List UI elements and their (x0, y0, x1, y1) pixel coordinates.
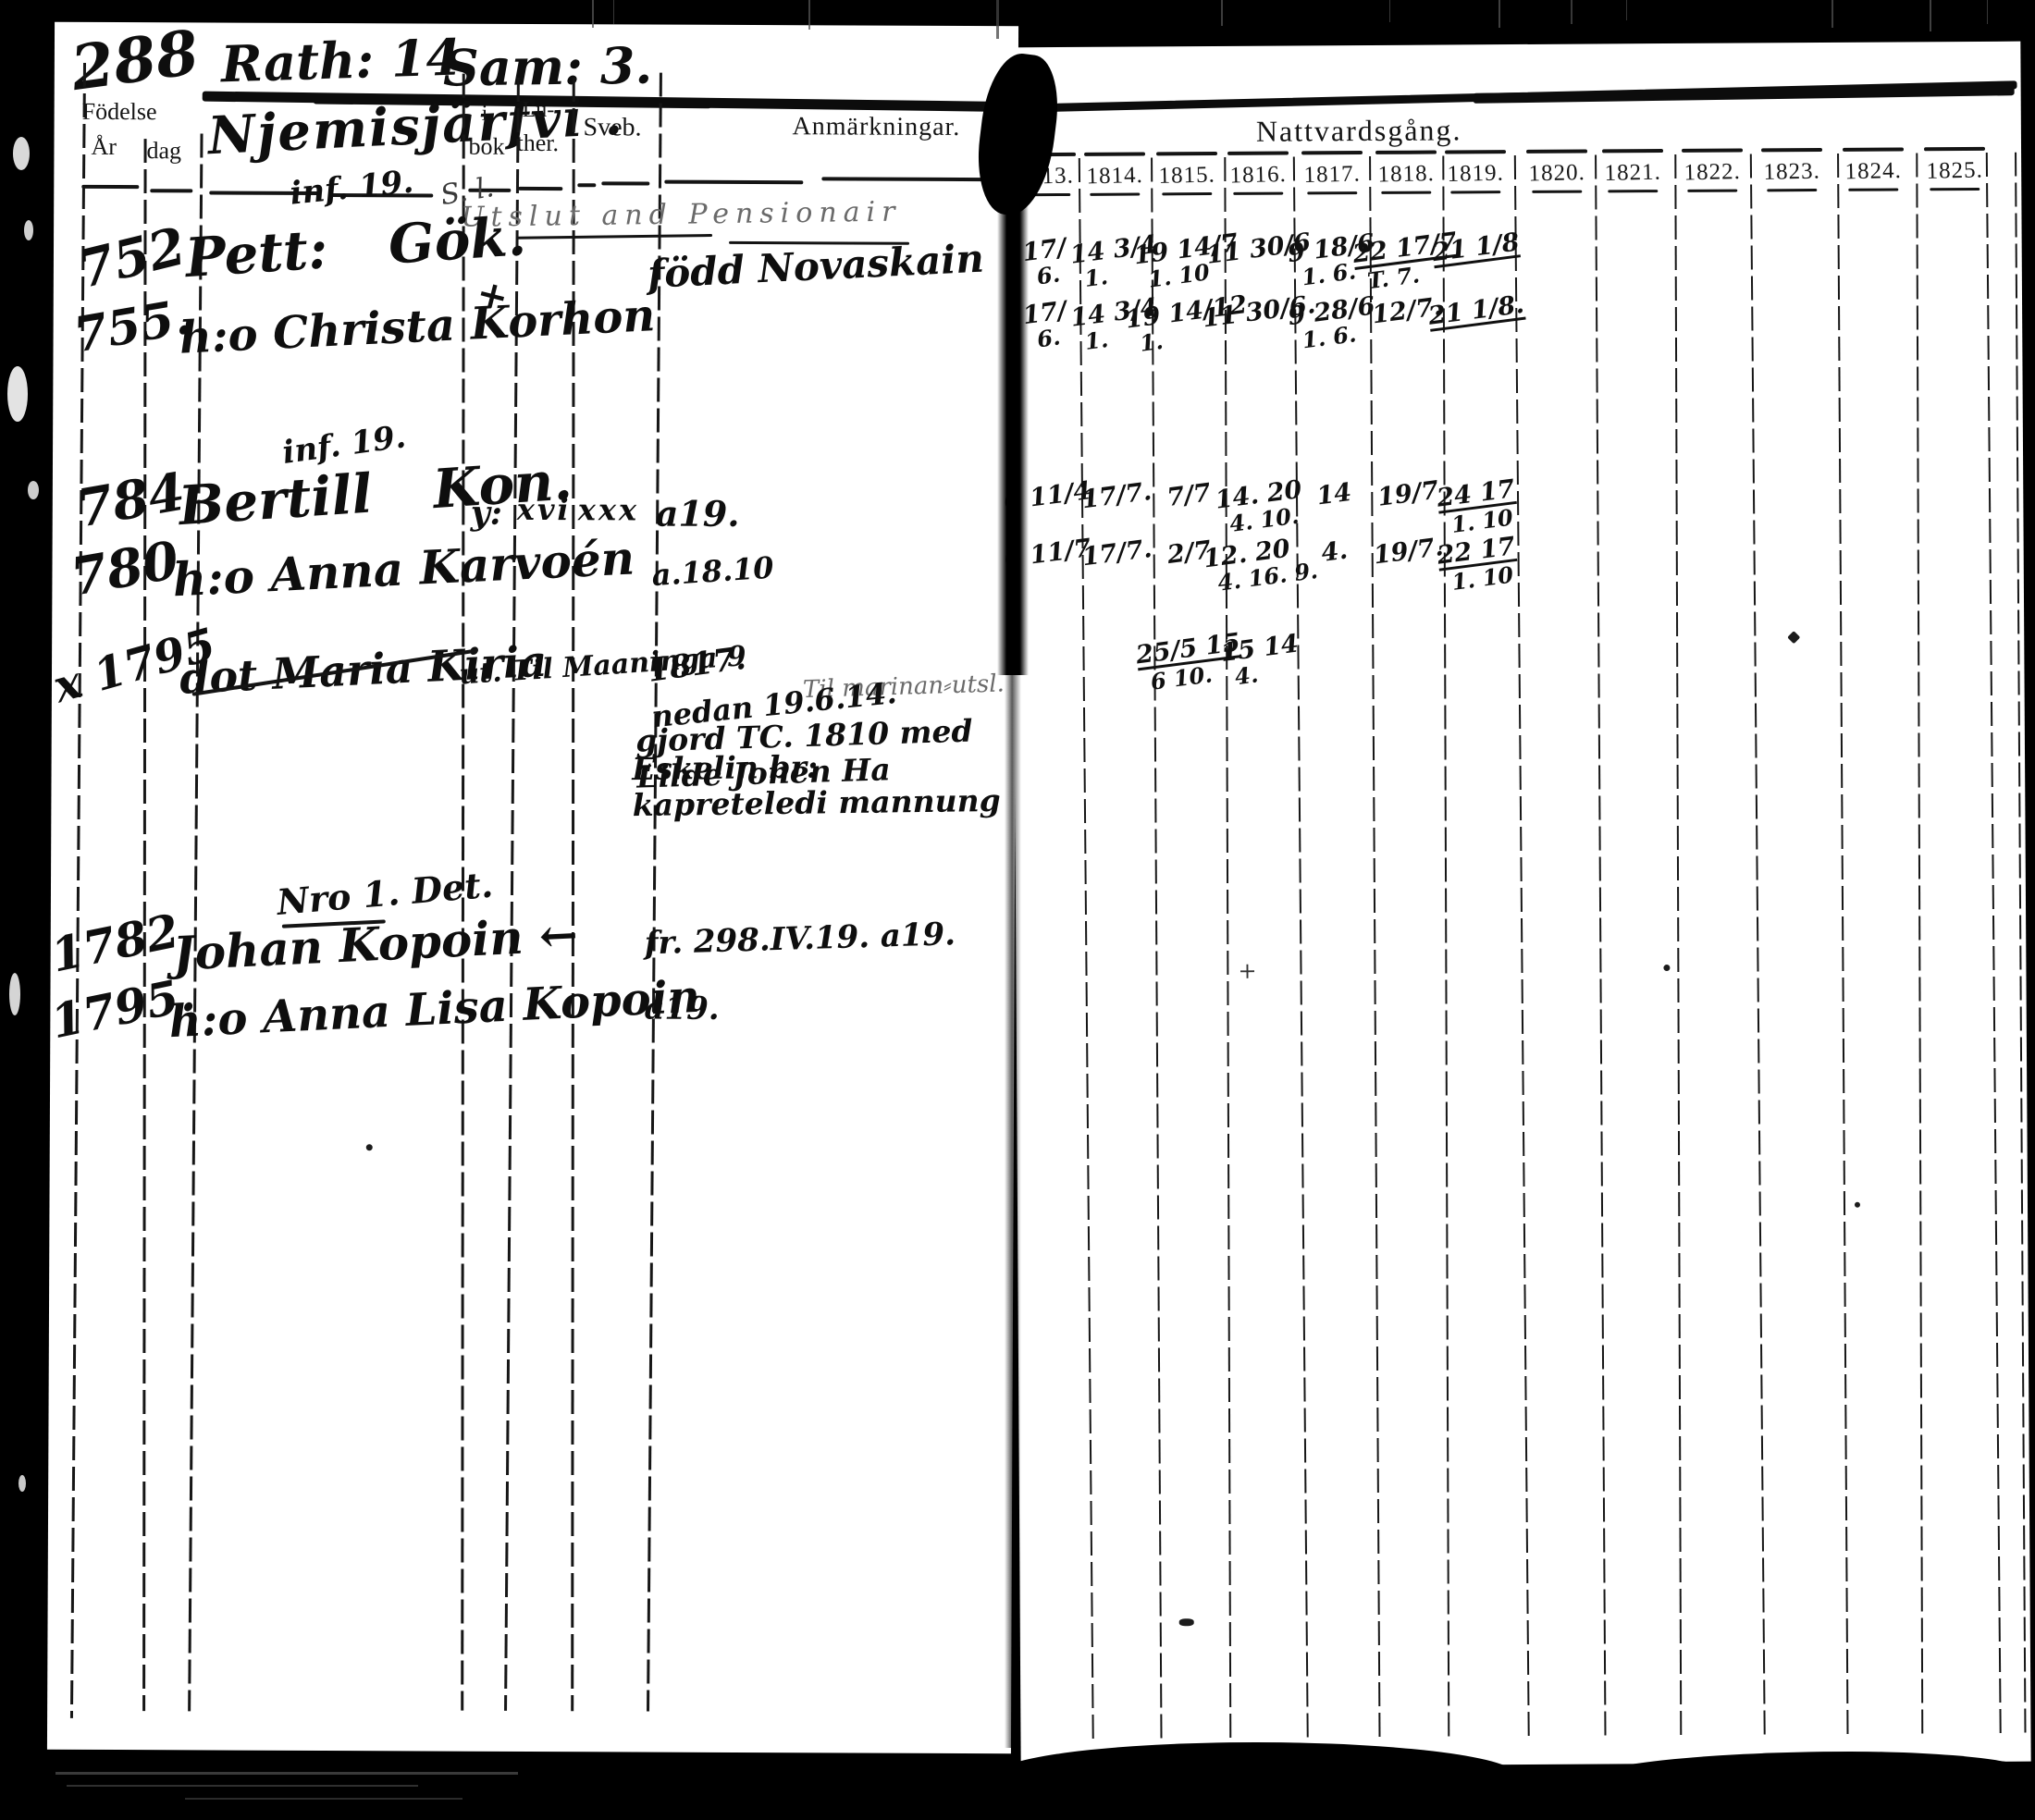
entry-faint-note: Utslut and Pensionair (461, 196, 902, 234)
year-label: 1819. (1447, 161, 1504, 188)
header-dash (1602, 149, 1663, 153)
bottom-streak (67, 1785, 418, 1787)
header-dash (1307, 191, 1357, 194)
col-header-birth-day: dag (146, 137, 181, 165)
communion-mark: 19/7 (1376, 478, 1440, 510)
right-column-rules (1010, 42, 2020, 48)
col-header-in-book: bok (468, 133, 504, 161)
communion-mark: 17/7. (1080, 479, 1153, 512)
col-header-luther-1: Lu- (523, 98, 555, 123)
border-speckle (18, 1475, 26, 1492)
year-label: 1825. (1926, 157, 1983, 184)
column-rule (1442, 155, 1449, 1741)
header-dash (1156, 152, 1217, 155)
year-label: 1815. (1158, 162, 1215, 189)
bottom-streak (185, 1798, 462, 1800)
entry-remark: a19. (644, 990, 719, 1027)
header-dash (1445, 150, 1506, 154)
header-dash (518, 187, 562, 191)
film-scratch (1571, 0, 1572, 24)
page-bottom-edge (994, 1742, 1517, 1809)
communion-mark: 19/7. (1372, 535, 1444, 568)
header-dash (577, 183, 596, 187)
column-rule (188, 133, 203, 1711)
luther-mark: xvi (517, 492, 572, 527)
header-dash (1090, 193, 1140, 196)
year-dash-row-bottom (1010, 42, 2020, 48)
year-label: 1814. (1086, 163, 1143, 190)
communion-mark: 4. (1320, 538, 1349, 566)
communion-mark: 7/7 (1165, 480, 1213, 510)
header-dash (1848, 188, 1898, 191)
scanned-parish-register: 288 Rath: 14. Sam: 3. Födelse År dag Nje… (0, 0, 2035, 1820)
entry-remark: a.18.10 (650, 550, 774, 594)
header-dash (1930, 188, 1979, 191)
header-dash (1227, 152, 1289, 155)
fold-shadow (997, 194, 1029, 675)
header-dash (1843, 147, 1904, 151)
header-dash (1084, 152, 1145, 155)
header-dash (1767, 189, 1817, 191)
note-underline (516, 234, 712, 240)
year-label: 1820. (1528, 160, 1585, 187)
left-header-dashes (55, 22, 1018, 27)
column-rule (1750, 154, 1766, 1740)
year-label: 1818. (1377, 161, 1435, 188)
entry-name: Johan Kopoin ← (172, 907, 580, 981)
col-header-birth-year: År (91, 133, 117, 161)
year-label: 1816. (1229, 162, 1287, 189)
film-scratch (1930, 0, 1931, 31)
border-speckle (24, 220, 33, 240)
entry-birth-year: 752 (72, 215, 191, 301)
entry-birth-year: 784 (72, 461, 189, 540)
communion-mark: 14. 204. 10. (1214, 477, 1306, 538)
entry-name: h:o Christa Korhon (179, 289, 657, 364)
header-dash (1375, 151, 1437, 154)
film-scratch (613, 0, 614, 24)
right-page: Nattvardsgång. 1813.1814.1815.1816.1817.… (1010, 42, 2030, 1768)
entry-remark: a19. (656, 493, 740, 535)
column-rule (1674, 154, 1682, 1740)
ink-speck (1179, 1618, 1194, 1626)
year-label: 1823. (1763, 158, 1820, 185)
header-dash (1526, 150, 1587, 154)
communion-marks-layer: 17/6.14 3/41.19 14/71. 1011 30/69 18/61.… (1010, 42, 2020, 48)
left-page: 288 Rath: 14. Sam: 3. Födelse År dag Nje… (47, 22, 1018, 1754)
film-scratch (1389, 0, 1390, 22)
col-header-in: i (482, 102, 488, 127)
film-scratch (1221, 0, 1223, 26)
border-speckle (28, 481, 39, 499)
film-scratch (996, 0, 999, 39)
column-rule (1224, 157, 1231, 1743)
film-scratch (1626, 0, 1627, 20)
header-dash (81, 185, 139, 189)
header-dash (1162, 192, 1212, 195)
fold-shadow (1005, 647, 1021, 1748)
border-speckle (13, 137, 30, 170)
header-dash (1532, 191, 1582, 193)
film-scratch (592, 0, 594, 28)
header-dash (821, 177, 1006, 181)
year-label: 1821. (1604, 160, 1661, 187)
entry-remark: fr. 298.IV.19. a19. (644, 916, 956, 962)
column-rule (1916, 153, 1923, 1739)
communion-mark: 24 171. 10 (1436, 476, 1520, 538)
column-rule (1595, 154, 1606, 1740)
ink-speck (1855, 1202, 1860, 1208)
book-reference: Rath: 14. (220, 27, 479, 93)
right-table-title: Nattvardsgång. (1256, 113, 1462, 148)
page-bottom-edge (37, 1753, 1017, 1820)
film-scratch (1498, 0, 1500, 28)
communion-mark: 21 1/8. (1427, 292, 1526, 332)
header-dash (1301, 151, 1363, 154)
ink-speck (1787, 631, 1800, 644)
header-dash (1682, 149, 1743, 153)
header-dash (1381, 191, 1431, 194)
bottom-streak (55, 1772, 518, 1775)
year-label: 1824. (1844, 158, 1902, 185)
communion-mark: 22 171. 10 (1436, 534, 1520, 596)
film-scratch (808, 0, 810, 30)
communion-mark: 17/6. (1021, 298, 1071, 353)
header-dash (1924, 147, 1985, 151)
col-header-sveb: Sveb. (584, 113, 642, 142)
header-dash (1608, 190, 1658, 192)
communion-mark: 17/7. (1080, 536, 1153, 570)
column-rule (1986, 153, 2002, 1739)
entry-name: h:o Anna Karvoén (171, 530, 635, 607)
entry-remark: född Novaskain (647, 236, 985, 297)
left-column-rules (55, 22, 1018, 27)
year-label: 1817. (1303, 162, 1361, 189)
communion-mark: 12. 204. 16. 9. (1202, 533, 1319, 596)
entry-name: h:o Anna Lisa Kopoin (167, 971, 700, 1048)
page-number: 288 (67, 16, 203, 105)
col-header-luther-2: ther. (516, 129, 559, 157)
header-dash (1687, 190, 1737, 192)
header-dash (601, 181, 649, 185)
header-dash (1761, 148, 1822, 152)
remark-line: Eskelin br: kapreteledi mannung (632, 746, 1016, 823)
column-rule (1514, 155, 1530, 1741)
entry-name: Pett: Gök. (183, 204, 527, 289)
col-header-remarks: Anmärkningar. (793, 112, 961, 142)
border-speckle (9, 973, 20, 1015)
column-rule (2015, 153, 2026, 1739)
film-scratch (1831, 0, 1833, 28)
column-rule (1837, 154, 1848, 1740)
border-speckle (7, 366, 28, 422)
header-dash (1233, 192, 1283, 195)
ink-speck (1663, 965, 1670, 971)
col-header-birth: Födelse (82, 98, 157, 126)
ink-speck (366, 1144, 373, 1150)
header-dash (1450, 191, 1500, 193)
year-dash-row-top (1010, 42, 2020, 48)
header-dash (664, 180, 803, 185)
communion-mark: 14 (1315, 480, 1353, 510)
entry-birth-year: 780 (67, 530, 183, 609)
sveb-mark: xxx (578, 492, 639, 527)
column-rule (1079, 158, 1094, 1744)
column-rule (1293, 156, 1309, 1742)
film-scratch (1987, 0, 1988, 24)
entry-note: inf. 19. (289, 164, 415, 213)
column-rule (1369, 156, 1380, 1742)
book-mark: y: (471, 494, 502, 533)
column-rule (1151, 157, 1162, 1743)
communion-mark: 9 28/61. 6. (1287, 293, 1380, 354)
communion-mark: 15 144. (1219, 632, 1303, 691)
ink-speck: + (1238, 958, 1256, 984)
header-dash (150, 189, 192, 192)
year-label: 1822. (1683, 159, 1741, 186)
